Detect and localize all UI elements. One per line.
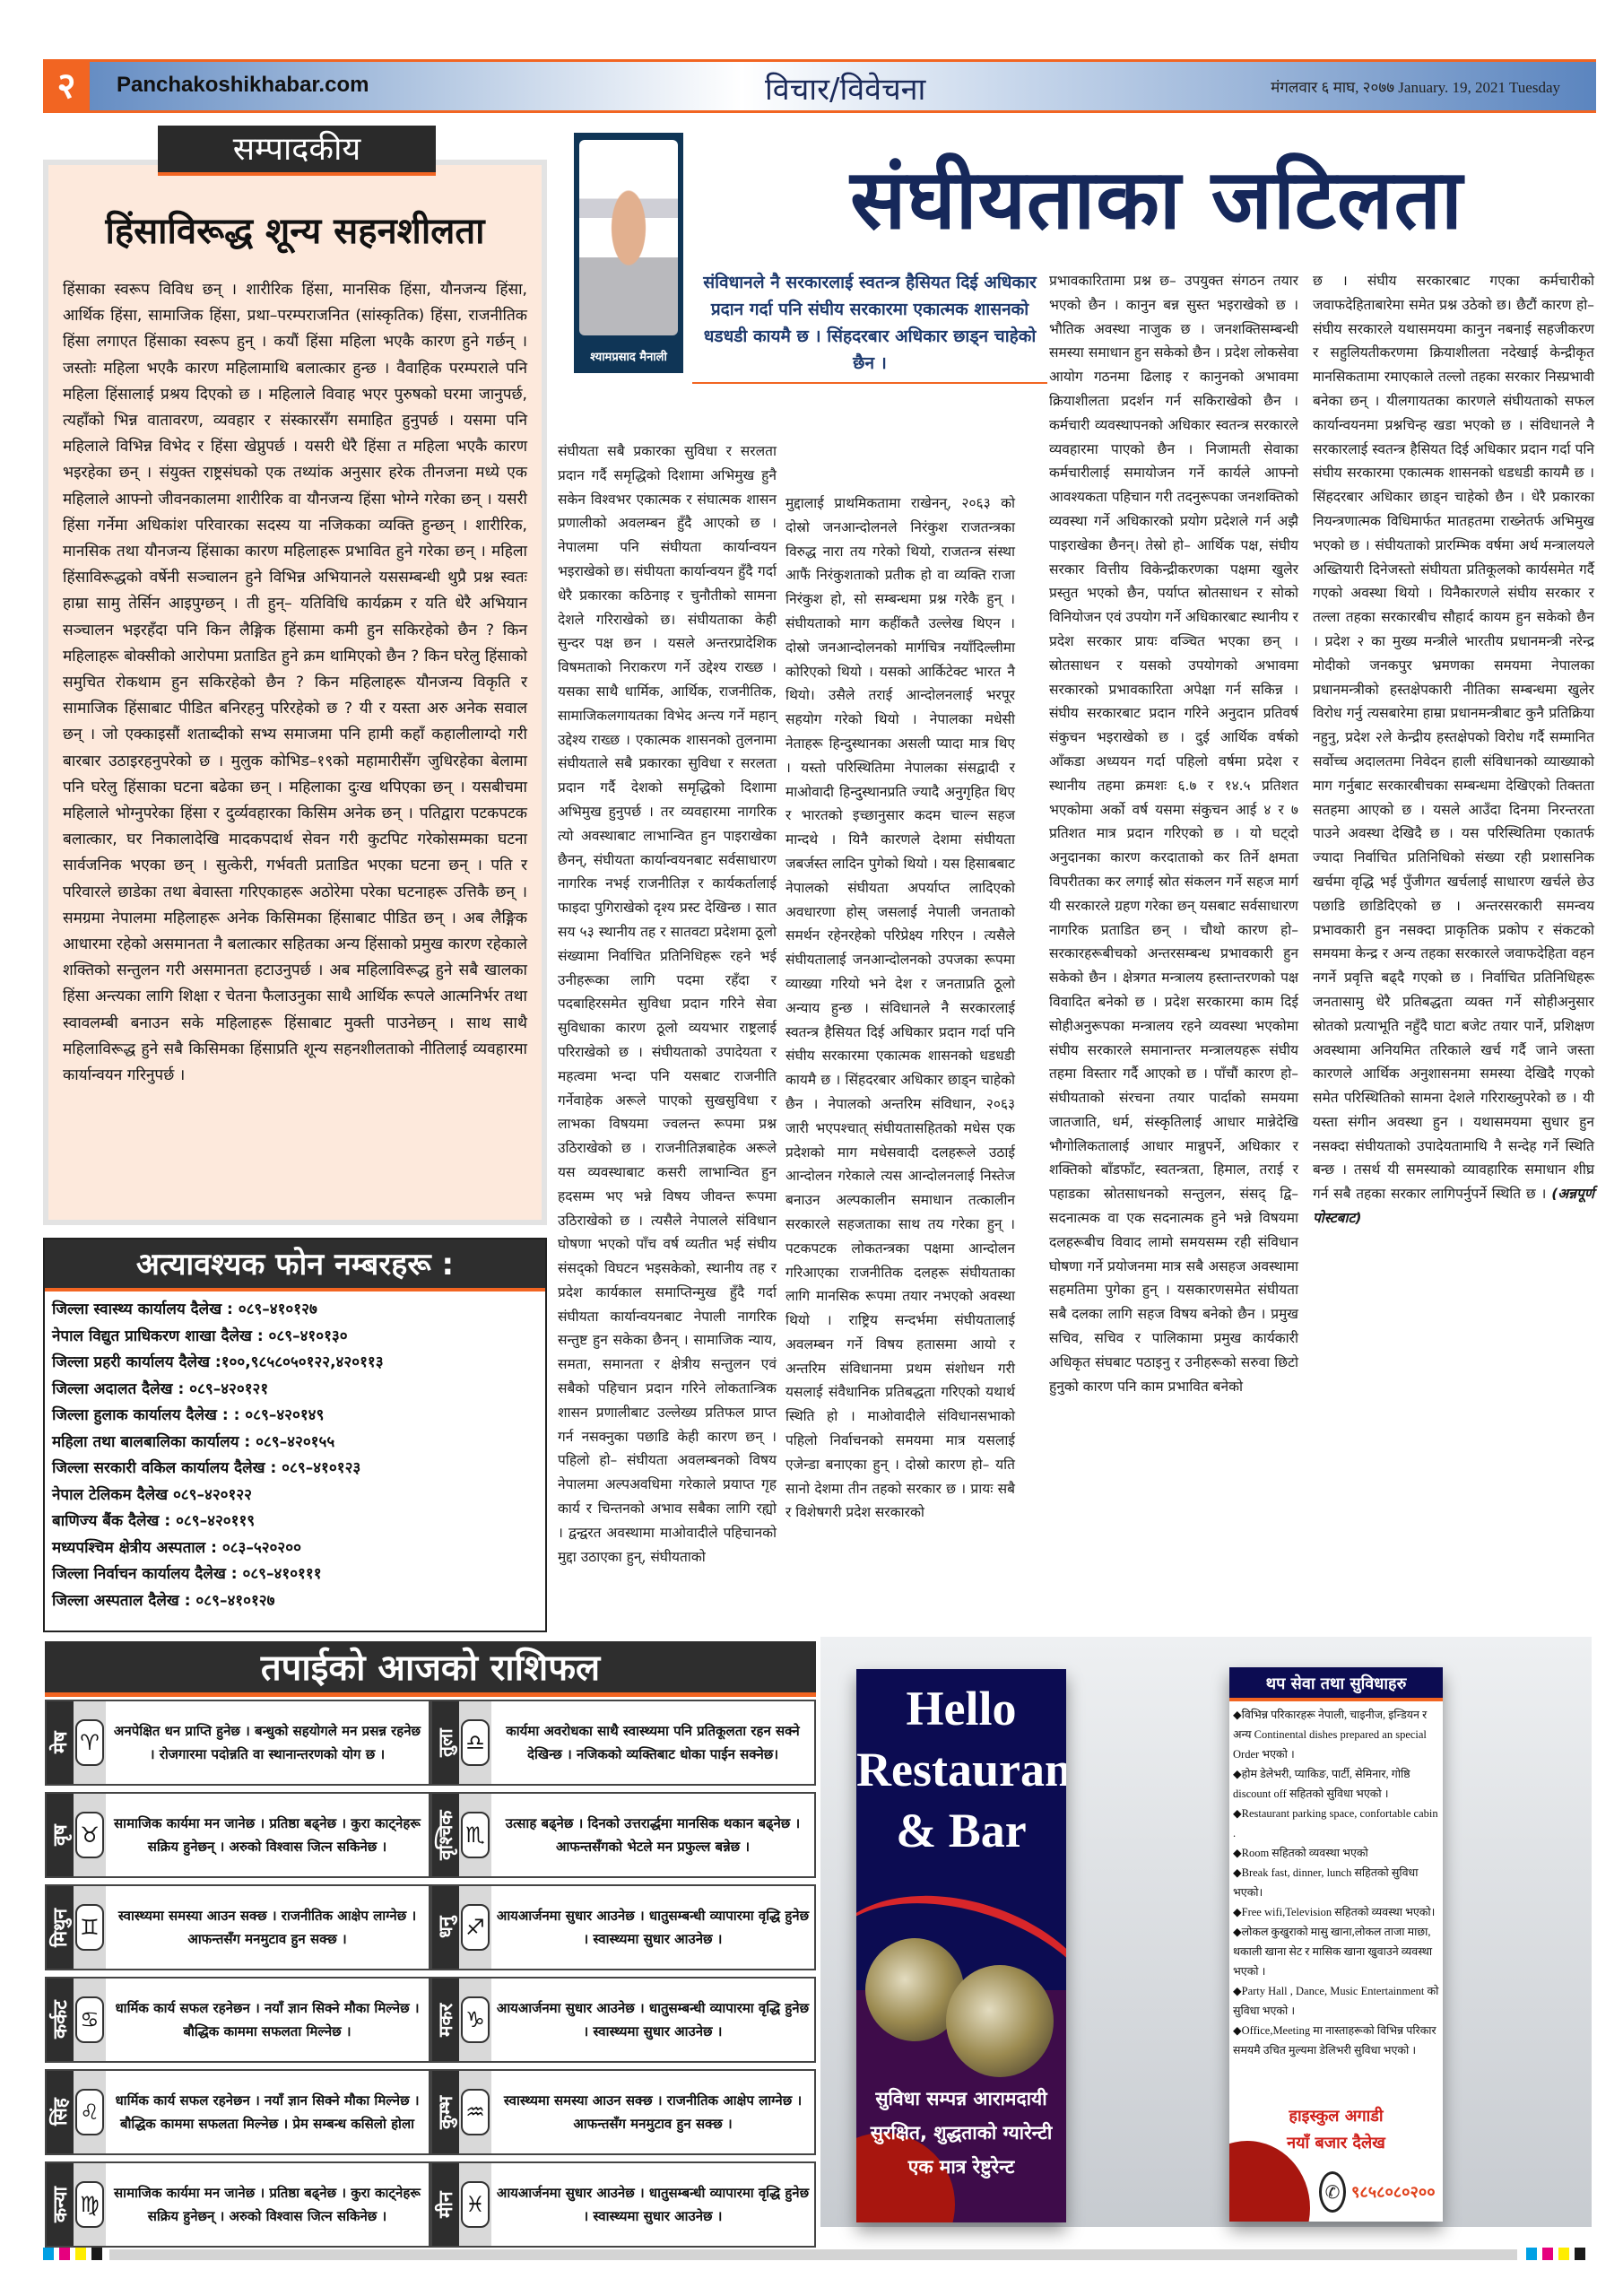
twins-icon: ♊ — [75, 1904, 104, 1951]
service-item: Free wifi,Television सहितको व्यवस्था भएक… — [1233, 1902, 1439, 1922]
sign-text: आयआर्जनमा सुधार आउनेछ । धातुसम्बन्धी व्य… — [491, 2163, 814, 2246]
sign-text: उत्साह बढ्नेछ । दिनको उत्तरार्द्धमा मानस… — [491, 1794, 814, 1876]
horoscope-sign-meen: मीन ♓ आयआर्जनमा सुधार आउनेछ । धातुसम्बन्… — [430, 2161, 816, 2248]
horoscope-sign-mesh: मेष ♈ अनपेक्षित धन प्राप्ति हुनेछ । बन्ध… — [45, 1700, 430, 1786]
print-gray-bar — [109, 2249, 1517, 2260]
author-name: श्यामप्रसाद मैनाली — [579, 348, 678, 364]
service-item: Party Hall , Dance, Music Entertainment … — [1233, 1981, 1439, 2021]
horoscope-sign-kumbha: कुम्भ ♒ स्वास्थ्यमा समस्या आउन सक्छ । रा… — [430, 2069, 816, 2155]
phone-list: जिल्ला स्वास्थ्य कार्यालय दैलेख : ०८९–४१… — [45, 1291, 545, 1620]
ad-phone: ✆ ९८५८०८०२०० — [1319, 2171, 1436, 2213]
horoscope-box: तपाईको आजको राशिफल मेष ♈ अनपेक्षित धन प्… — [45, 1641, 816, 2248]
telephone-icon: ✆ — [1319, 2171, 1346, 2213]
sign-name: तुला — [432, 1701, 459, 1784]
pull-quote: संविधानले नै सरकारलाई स्वतन्त्र हैसियत द… — [692, 269, 1047, 384]
article-column-3: प्रभावकारितामा प्रश्न छ– उपयुक्त संगठन त… — [1049, 269, 1298, 1398]
ram-icon: ♈ — [75, 1719, 104, 1766]
horoscope-sign-mithun: मिथुन ♊ स्वास्थ्यमा समस्या आउन सक्छ । रा… — [45, 1884, 430, 1970]
phone-row: जिल्ला हुलाक कार्यालय दैलेख : : ०८९–४२०१… — [52, 1403, 538, 1430]
sign-text: धार्मिक कार्य सफल रहनेछन । नयाँ ज्ञान सि… — [106, 2071, 429, 2153]
service-item: Office,Meeting मा नास्ताहरूको विभिन्न पर… — [1233, 2021, 1439, 2060]
horoscope-sign-brish: वृष ♉ सामाजिक कार्यमा मन जानेछ । प्रतिष्… — [45, 1792, 430, 1878]
phone-row: जिल्ला निर्वाचन कार्यालय दैलेख : ०८९–४१०… — [52, 1561, 538, 1588]
sign-name: मेष — [47, 1701, 74, 1784]
phone-row: नेपाल टेलिकम दैलेख ०८९–४२०१२२ — [52, 1483, 538, 1509]
article-column-2: मुद्दालाई प्राथमिकतामा राखेनन्, २०६३ को … — [785, 491, 1015, 1525]
sign-name: मकर — [432, 1979, 459, 2061]
horoscope-sign-makar: मकर ♑ आयआर्जनमा सुधार आउनेछ । धातुसम्बन्… — [430, 1977, 816, 2063]
sign-name: कन्या — [47, 2163, 74, 2246]
horoscope-sign-kanya: कन्या ♍ सामाजिक कार्यमा मन जानेछ । प्रति… — [45, 2161, 430, 2248]
sign-name: कर्कट — [47, 1979, 74, 2061]
ad-address: हाइस्कुल अगाडी नयाँ बजार दैलेख — [1229, 2103, 1443, 2157]
print-mark-yellow — [75, 2248, 86, 2260]
phone-row: जिल्ला सरकारी वकिल कार्यालय दैलेख : ०८९–… — [52, 1456, 538, 1483]
article-column-4: छ । संघीय सरकारबाट गएका कर्मचारीको जवाफद… — [1313, 269, 1594, 1231]
sign-name: मिथुन — [47, 1886, 74, 1969]
horoscope-sign-dhanu: धनु ♐ आयआर्जनमा सुधार आउनेछ । धातुसम्बन्… — [430, 1884, 816, 1970]
horoscope-sign-karkat: कर्कट ♋ धार्मिक कार्य सफल रहनेछन । नयाँ … — [45, 1977, 430, 2063]
horoscope-grid: मेष ♈ अनपेक्षित धन प्राप्ति हुनेछ । बन्ध… — [45, 1700, 816, 2248]
ad-tagline-line: एक मात्र रेष्टुरेन्ट — [856, 2150, 1066, 2184]
service-item: विभिन्न परिकारहरू नेपाली, चाइनीज, इन्डिय… — [1233, 1705, 1439, 1764]
horoscope-sign-brishchik: वृश्चिक ♏ उत्साह बढ्नेछ । दिनको उत्तरार्… — [430, 1792, 816, 1878]
editorial-body: हिंसाका स्वरूप विविध छन् । शारीरिक हिंसा… — [63, 277, 527, 1089]
crab-icon: ♋ — [75, 1996, 104, 2043]
site-name: Panchakoshikhabar.com — [117, 73, 369, 98]
ad-tagline: सुविधा सम्पन्न आरामदायी सुरक्षित, शुद्धत… — [856, 2082, 1066, 2184]
print-mark-magenta — [1542, 2248, 1553, 2260]
phone-row: जिल्ला अदालत दैलेख : ०८९–४२०१२१ — [52, 1377, 538, 1404]
service-item: Restaurant parking space, confortable ca… — [1233, 1804, 1439, 1843]
horoscope-sign-tula: तुला ♎ कार्यमा अवरोधका साथै स्वास्थ्यमा … — [430, 1700, 816, 1786]
goat-icon: ♑ — [461, 1996, 490, 2043]
virgin-icon: ♍ — [75, 2181, 104, 2228]
sign-name: वृश्चिक — [432, 1794, 459, 1876]
page-header: २ Panchakoshikhabar.com विचार/विवेचना मं… — [43, 59, 1596, 113]
sign-text: कार्यमा अवरोधका साथै स्वास्थ्यमा पनि प्र… — [491, 1701, 814, 1784]
print-mark-cyan — [1526, 2248, 1537, 2260]
editorial-label: सम्पादकीय — [158, 126, 436, 176]
sign-text: स्वास्थ्यमा समस्या आउन सक्छ । राजनीतिक आ… — [491, 2071, 814, 2153]
fish-icon: ♓ — [461, 2181, 490, 2228]
sign-name: कुम्भ — [432, 2071, 459, 2153]
ad-poster: Hello Restaurant & Bar सुविधा सम्पन्न आर… — [856, 1669, 1066, 2222]
section-title: विचार/विवेचना — [765, 67, 925, 109]
service-item: लोकल कुखुराको मासु खाना,लोकल ताजा माछा, … — [1233, 1922, 1439, 1981]
restaurant-photo — [946, 1965, 1054, 2077]
page-number: २ — [43, 62, 90, 110]
sign-text: अनपेक्षित धन प्राप्ति हुनेछ । बन्धुको सह… — [106, 1701, 429, 1784]
sign-text: सामाजिक कार्यमा मन जानेछ । प्रतिष्ठा बढ्… — [106, 1794, 429, 1876]
ad-phone-number: ९८५८०८०२०० — [1351, 2181, 1436, 2203]
ad-title: Hello Restaurant & Bar — [856, 1678, 1066, 1861]
phone-row: मध्यपश्चिम क्षेत्रीय अस्पताल : ०८३–५२०२०… — [52, 1535, 538, 1562]
author-photo-frame: श्यामप्रसाद मैनाली — [574, 133, 683, 373]
scales-icon: ♎ — [461, 1719, 490, 1766]
sign-text: धार्मिक कार्य सफल रहनेछन । नयाँ ज्ञान सि… — [106, 1979, 429, 2061]
emergency-phone-box: अत्यावश्यक फोन नम्बरहरू : जिल्ला स्वास्थ… — [43, 1238, 547, 1632]
issue-date: मंगलवार ६ माघ, २०७७ January. 19, 2021 Tu… — [1271, 76, 1560, 97]
sign-name: मीन — [432, 2163, 459, 2246]
sign-name: सिंह — [47, 2071, 74, 2153]
sign-name: वृष — [47, 1794, 74, 1876]
article-headline: संघीयताका जटिलता — [717, 151, 1596, 249]
service-item: होम डेलेभरी, प्याकिङ, पार्टी, सेमिनार, ग… — [1233, 1764, 1439, 1804]
phone-row: बाणिज्य बैंक दैलेख : ०८९–४२०११९ — [52, 1509, 538, 1535]
print-mark-cyan — [43, 2248, 54, 2260]
phone-row: नेपाल विद्युत प्राधिकरण शाखा दैलेख : ०८९… — [52, 1324, 538, 1351]
address-line: नयाँ बजार दैलेख — [1229, 2130, 1443, 2157]
address-line: हाइस्कुल अगाडी — [1229, 2103, 1443, 2130]
print-mark-yellow — [1558, 2248, 1569, 2260]
restaurant-advertisement: Hello Restaurant & Bar सुविधा सम्पन्न आर… — [820, 1637, 1592, 2227]
services-title: थप सेवा तथा सुविधाहरु — [1229, 1667, 1443, 1701]
ad-title-line: Restaurant — [856, 1739, 1066, 1800]
services-list: विभिन्न परिकारहरू नेपाली, चाइनीज, इन्डिय… — [1229, 1701, 1443, 2064]
print-mark-magenta — [59, 2248, 70, 2260]
ad-services-panel: थप सेवा तथा सुविधाहरु विभिन्न परिकारहरू … — [1229, 1667, 1443, 2222]
print-mark-black — [91, 2248, 102, 2260]
author-photo — [579, 140, 678, 335]
phone-row: जिल्ला प्रहरी कार्यालय दैलेख :१००,९८५८०५… — [52, 1350, 538, 1377]
sign-text: स्वास्थ्यमा समस्या आउन सक्छ । राजनीतिक आ… — [106, 1886, 429, 1969]
ad-tagline-line: सुविधा सम्पन्न आरामदायी — [856, 2082, 1066, 2116]
phone-box-title: अत्यावश्यक फोन नम्बरहरू : — [45, 1239, 545, 1291]
ad-title-line: Hello — [856, 1678, 1066, 1739]
scorpion-icon: ♏ — [461, 1812, 490, 1858]
sign-name: धनु — [432, 1886, 459, 1969]
lion-icon: ♌ — [75, 2089, 104, 2135]
print-mark-black — [1575, 2248, 1585, 2260]
phone-row: जिल्ला स्वास्थ्य कार्यालय दैलेख : ०८९–४१… — [52, 1297, 538, 1324]
horoscope-sign-singha: सिंह ♌ धार्मिक कार्य सफल रहनेछन । नयाँ ज… — [45, 2069, 430, 2155]
article-column-1: संघीयता सबै प्रकारका सुविधा र सरलता प्रद… — [558, 439, 777, 1569]
archer-icon: ♐ — [461, 1904, 490, 1951]
sign-text: सामाजिक कार्यमा मन जानेछ । प्रतिष्ठा बढ्… — [106, 2163, 429, 2246]
editorial-title: हिंसाविरूद्ध शून्य सहनशीलता — [63, 204, 527, 254]
water-bearer-icon: ♒ — [461, 2089, 490, 2135]
article-column-4-text: छ । संघीय सरकारबाट गएका कर्मचारीको जवाफद… — [1313, 273, 1594, 1202]
horoscope-title: तपाईको आजको राशिफल — [45, 1641, 816, 1697]
phone-row: जिल्ला अस्पताल दैलेख : ०८९–४१०१२७ — [52, 1588, 538, 1615]
service-item: Room सहितको व्यवस्था भएको — [1233, 1843, 1439, 1863]
sign-text: आयआर्जनमा सुधार आउनेछ । धातुसम्बन्धी व्य… — [491, 1979, 814, 2061]
ad-title-line: & Bar — [856, 1800, 1066, 1861]
ad-tagline-line: सुरक्षित, शुद्धताको ग्यारेन्टी — [856, 2116, 1066, 2150]
sign-text: आयआर्जनमा सुधार आउनेछ । धातुसम्बन्धी व्य… — [491, 1886, 814, 1969]
service-item: Break fast, dinner, lunch सहितको सुविधा … — [1233, 1863, 1439, 1902]
bull-icon: ♉ — [75, 1812, 104, 1858]
phone-row: महिला तथा बालबालिका कार्यालय : ०८९–४२०१५… — [52, 1430, 538, 1457]
editorial-box: हिंसाविरूद्ध शून्य सहनशीलता हिंसाका स्वर… — [43, 160, 547, 1225]
